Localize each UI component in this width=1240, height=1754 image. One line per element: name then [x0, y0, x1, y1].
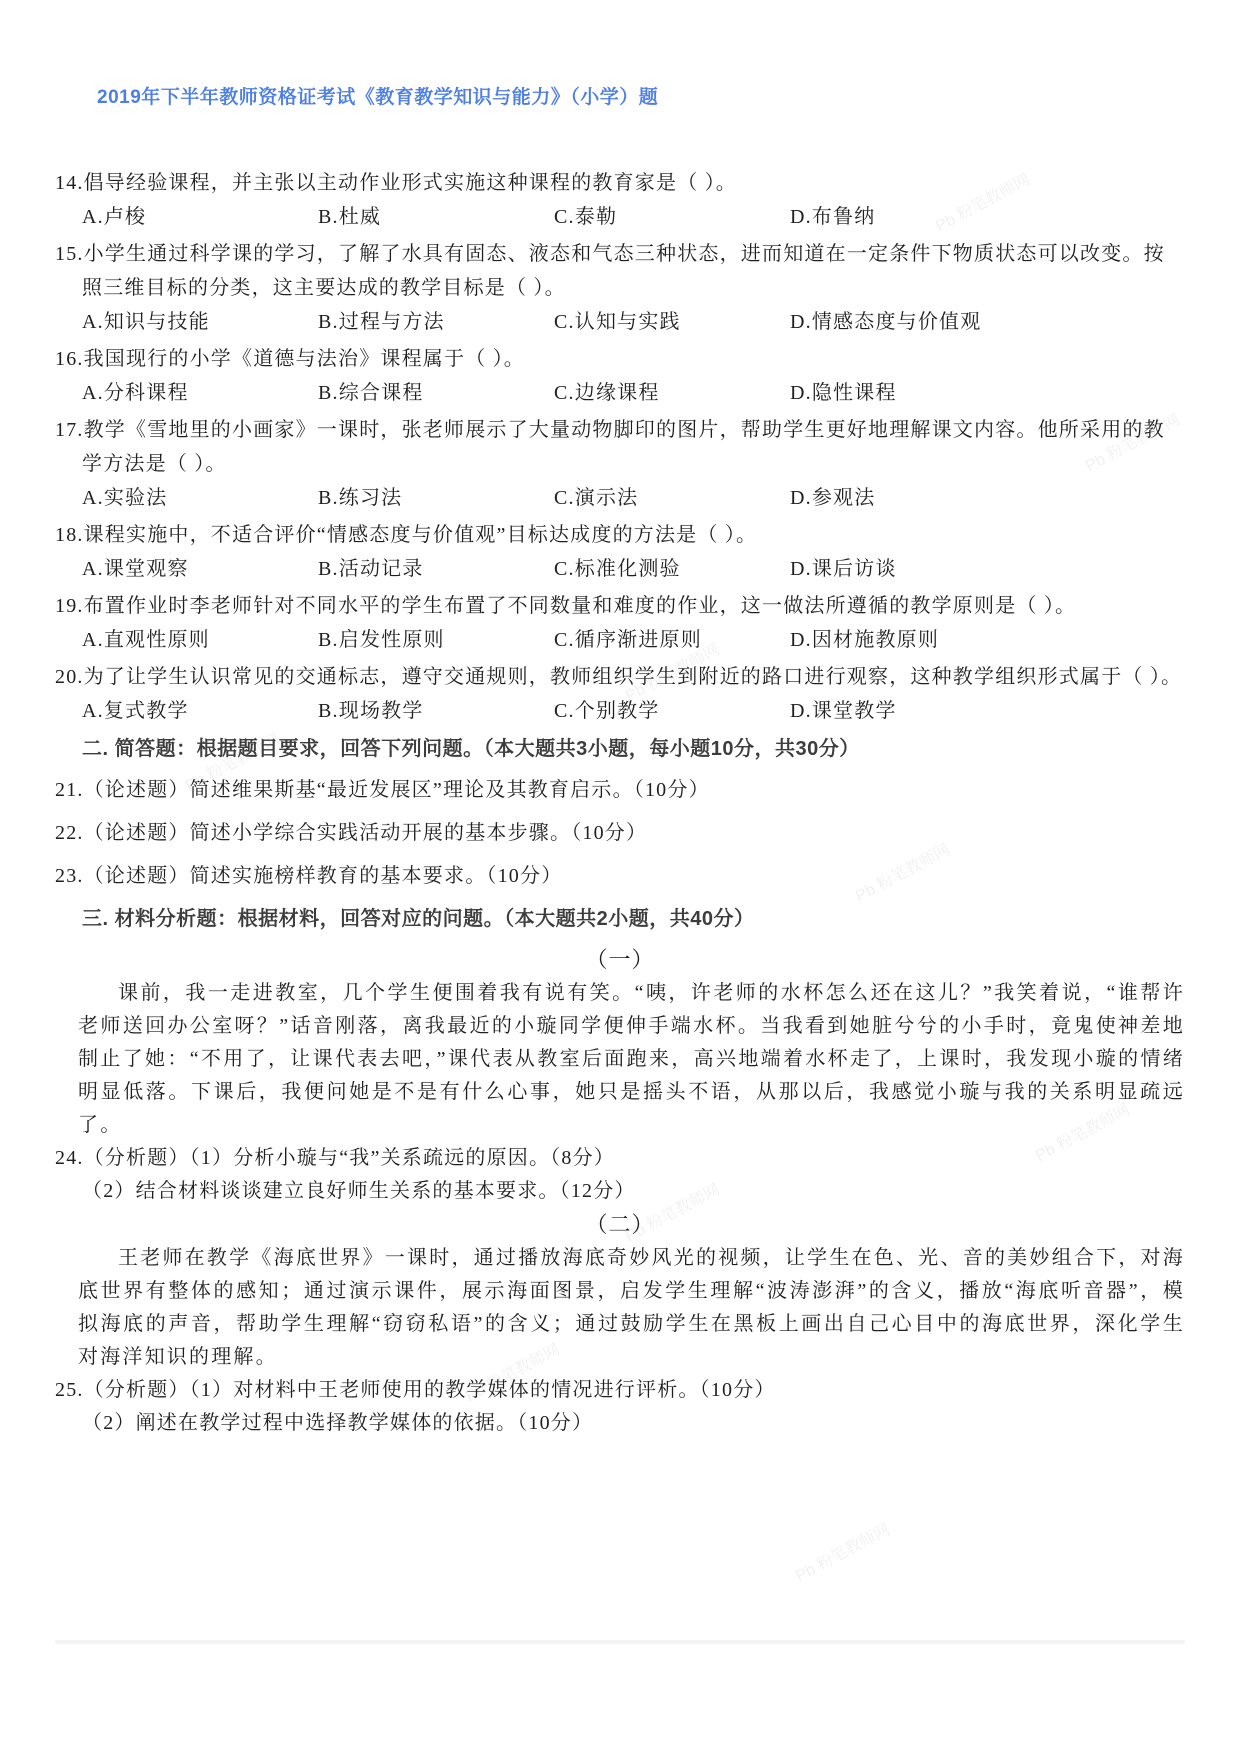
option-c: C.边缘课程 — [554, 376, 790, 410]
option-a: A.课堂观察 — [82, 552, 318, 586]
question-22: 22.（论述题）简述小学综合实践活动开展的基本步骤。（10分） — [55, 816, 1185, 850]
question-body: （论述题）简述小学综合实践活动开展的基本步骤。（10分） — [84, 822, 648, 844]
question-body: 为了让学生认识常见的交通标志，遵守交通规则，教师组织学生到附近的路口进行观察，这… — [84, 666, 1183, 688]
questions-area: 14.倡导经验课程，并主张以主动作业形式实施这种课程的教育家是（ ）。 A.卢梭… — [55, 166, 1185, 1440]
question-body: 教学《雪地里的小画家》一课时，张老师展示了大量动物脚印的图片，帮助学生更好地理解… — [82, 419, 1165, 475]
page-content: 2019年下半年教师资格证考试《教育教学知识与能力》（小学）题 14.倡导经验课… — [0, 0, 1240, 1440]
question-body: 我国现行的小学《道德与法治》课程属于（ ）。 — [84, 348, 525, 370]
page-title: 2019年下半年教师资格证考试《教育教学知识与能力》（小学）题 — [97, 86, 1185, 110]
question-number: 16. — [55, 348, 84, 370]
question-15: 15.小学生通过科学课的学习，了解了水具有固态、液态和气态三种状态，进而知道在一… — [55, 237, 1185, 339]
question-number: 25. — [55, 1379, 84, 1401]
question-number: 20. — [55, 666, 84, 688]
section-2-heading: 二. 简答题：根据题目要求，回答下列问题。（本大题共3小题，每小题10分，共30… — [82, 732, 1185, 766]
question-body: 布置作业时李老师针对不同水平的学生布置了不同数量和难度的作业，这一做法所遵循的教… — [84, 595, 1077, 617]
question-number: 23. — [55, 865, 84, 887]
options-row: A.分科课程 B.综合课程 C.边缘课程 D.隐性课程 — [82, 376, 1185, 410]
option-b: B.练习法 — [318, 481, 554, 515]
option-b: B.活动记录 — [318, 552, 554, 586]
material-1-text: 课前，我一走进教室，几个学生便围着我有说有笑。“咦，许老师的水杯怎么还在这儿？”… — [78, 977, 1185, 1142]
option-a: A.实验法 — [82, 481, 318, 515]
question-text: 19.布置作业时李老师针对不同水平的学生布置了不同数量和难度的作业，这一做法所遵… — [55, 589, 1185, 623]
option-d: D.参观法 — [790, 481, 875, 515]
options-row: A.课堂观察 B.活动记录 C.标准化测验 D.课后访谈 — [82, 552, 1185, 586]
question-text: 17.教学《雪地里的小画家》一课时，张老师展示了大量动物脚印的图片，帮助学生更好… — [55, 413, 1185, 481]
question-body: （分析题）（1）对材料中王老师使用的教学媒体的情况进行评析。（10分） — [84, 1379, 776, 1401]
watermark: Pb 粉笔教师网 — [791, 1517, 894, 1586]
question-25-part2: （2）阐述在教学过程中选择教学媒体的依据。（10分） — [82, 1407, 1185, 1440]
question-text: 18.课程实施中，不适合评价“情感态度与价值观”目标达成度的方法是（ ）。 — [55, 518, 1185, 552]
question-text: 20.为了让学生认识常见的交通标志，遵守交通规则，教师组织学生到附近的路口进行观… — [55, 660, 1185, 694]
question-number: 17. — [55, 419, 84, 441]
option-c: C.标准化测验 — [554, 552, 790, 586]
question-14: 14.倡导经验课程，并主张以主动作业形式实施这种课程的教育家是（ ）。 A.卢梭… — [55, 166, 1185, 234]
question-16: 16.我国现行的小学《道德与法治》课程属于（ ）。 A.分科课程 B.综合课程 … — [55, 342, 1185, 410]
section-3-heading: 三. 材料分析题：根据材料，回答对应的问题。（本大题共2小题，共40分） — [82, 902, 1185, 936]
question-body: （论述题）简述实施榜样教育的基本要求。（10分） — [84, 865, 563, 887]
option-b: B.现场教学 — [318, 694, 554, 728]
option-a: A.分科课程 — [82, 376, 318, 410]
option-d: D.课后访谈 — [790, 552, 897, 586]
options-row: A.实验法 B.练习法 C.演示法 D.参观法 — [82, 481, 1185, 515]
question-18: 18.课程实施中，不适合评价“情感态度与价值观”目标达成度的方法是（ ）。 A.… — [55, 518, 1185, 586]
question-text: 14.倡导经验课程，并主张以主动作业形式实施这种课程的教育家是（ ）。 — [55, 166, 1185, 200]
question-number: 18. — [55, 524, 84, 546]
material-1-label: （一） — [55, 943, 1185, 977]
question-number: 14. — [55, 172, 84, 194]
question-text: 15.小学生通过科学课的学习，了解了水具有固态、液态和气态三种状态，进而知道在一… — [55, 237, 1185, 305]
option-a: A.复式教学 — [82, 694, 318, 728]
question-number: 21. — [55, 779, 84, 801]
option-c: C.循序渐进原则 — [554, 623, 790, 657]
option-c: C.演示法 — [554, 481, 790, 515]
option-d: D.隐性课程 — [790, 376, 897, 410]
option-b: B.杜威 — [318, 200, 554, 234]
question-body: （分析题）（1）分析小璇与“我”关系疏远的原因。（8分） — [84, 1147, 615, 1169]
option-a: A.卢梭 — [82, 200, 318, 234]
options-row: A.卢梭 B.杜威 C.泰勒 D.布鲁纳 — [82, 200, 1185, 234]
question-25-part1: 25.（分析题）（1）对材料中王老师使用的教学媒体的情况进行评析。（10分） — [55, 1374, 1185, 1407]
option-d: D.情感态度与价值观 — [790, 305, 981, 339]
option-a: A.知识与技能 — [82, 305, 318, 339]
option-b: B.综合课程 — [318, 376, 554, 410]
question-23: 23.（论述题）简述实施榜样教育的基本要求。（10分） — [55, 859, 1185, 893]
options-row: A.直观性原则 B.启发性原则 C.循序渐进原则 D.因材施教原则 — [82, 623, 1185, 657]
question-number: 24. — [55, 1147, 84, 1169]
question-body: （论述题）简述维果斯基“最近发展区”理论及其教育启示。（10分） — [84, 779, 710, 801]
question-24-part2: （2）结合材料谈谈建立良好师生关系的基本要求。（12分） — [82, 1175, 1185, 1208]
question-17: 17.教学《雪地里的小画家》一课时，张老师展示了大量动物脚印的图片，帮助学生更好… — [55, 413, 1185, 515]
question-19: 19.布置作业时李老师针对不同水平的学生布置了不同数量和难度的作业，这一做法所遵… — [55, 589, 1185, 657]
options-row: A.知识与技能 B.过程与方法 C.认知与实践 D.情感态度与价值观 — [82, 305, 1185, 339]
question-number: 19. — [55, 595, 84, 617]
option-b: B.过程与方法 — [318, 305, 554, 339]
option-a: A.直观性原则 — [82, 623, 318, 657]
option-d: D.课堂教学 — [790, 694, 897, 728]
option-d: D.布鲁纳 — [790, 200, 875, 234]
question-20: 20.为了让学生认识常见的交通标志，遵守交通规则，教师组织学生到附近的路口进行观… — [55, 660, 1185, 728]
option-c: C.泰勒 — [554, 200, 790, 234]
material-2-text: 王老师在教学《海底世界》一课时，通过播放海底奇妙风光的视频，让学生在色、光、音的… — [78, 1242, 1185, 1374]
question-21: 21.（论述题）简述维果斯基“最近发展区”理论及其教育启示。（10分） — [55, 773, 1185, 807]
question-body: 小学生通过科学课的学习，了解了水具有固态、液态和气态三种状态，进而知道在一定条件… — [82, 243, 1165, 299]
option-c: C.个别教学 — [554, 694, 790, 728]
question-24-part1: 24.（分析题）（1）分析小璇与“我”关系疏远的原因。（8分） — [55, 1142, 1185, 1175]
option-c: C.认知与实践 — [554, 305, 790, 339]
question-number: 15. — [55, 243, 84, 265]
option-d: D.因材施教原则 — [790, 623, 939, 657]
exam-paper-page: Pb 粉笔教师网 Pb 粉笔教师网 Pb 粉笔教师网 Pb 粉笔教师网 Pb 粉… — [0, 0, 1240, 1754]
bottom-divider — [55, 1640, 1185, 1644]
options-row: A.复式教学 B.现场教学 C.个别教学 D.课堂教学 — [82, 694, 1185, 728]
question-text: 16.我国现行的小学《道德与法治》课程属于（ ）。 — [55, 342, 1185, 376]
question-body: 课程实施中，不适合评价“情感态度与价值观”目标达成度的方法是（ ）。 — [84, 524, 758, 546]
question-body: 倡导经验课程，并主张以主动作业形式实施这种课程的教育家是（ ）。 — [84, 172, 737, 194]
material-2-label: （二） — [55, 1208, 1185, 1242]
question-number: 22. — [55, 822, 84, 844]
option-b: B.启发性原则 — [318, 623, 554, 657]
